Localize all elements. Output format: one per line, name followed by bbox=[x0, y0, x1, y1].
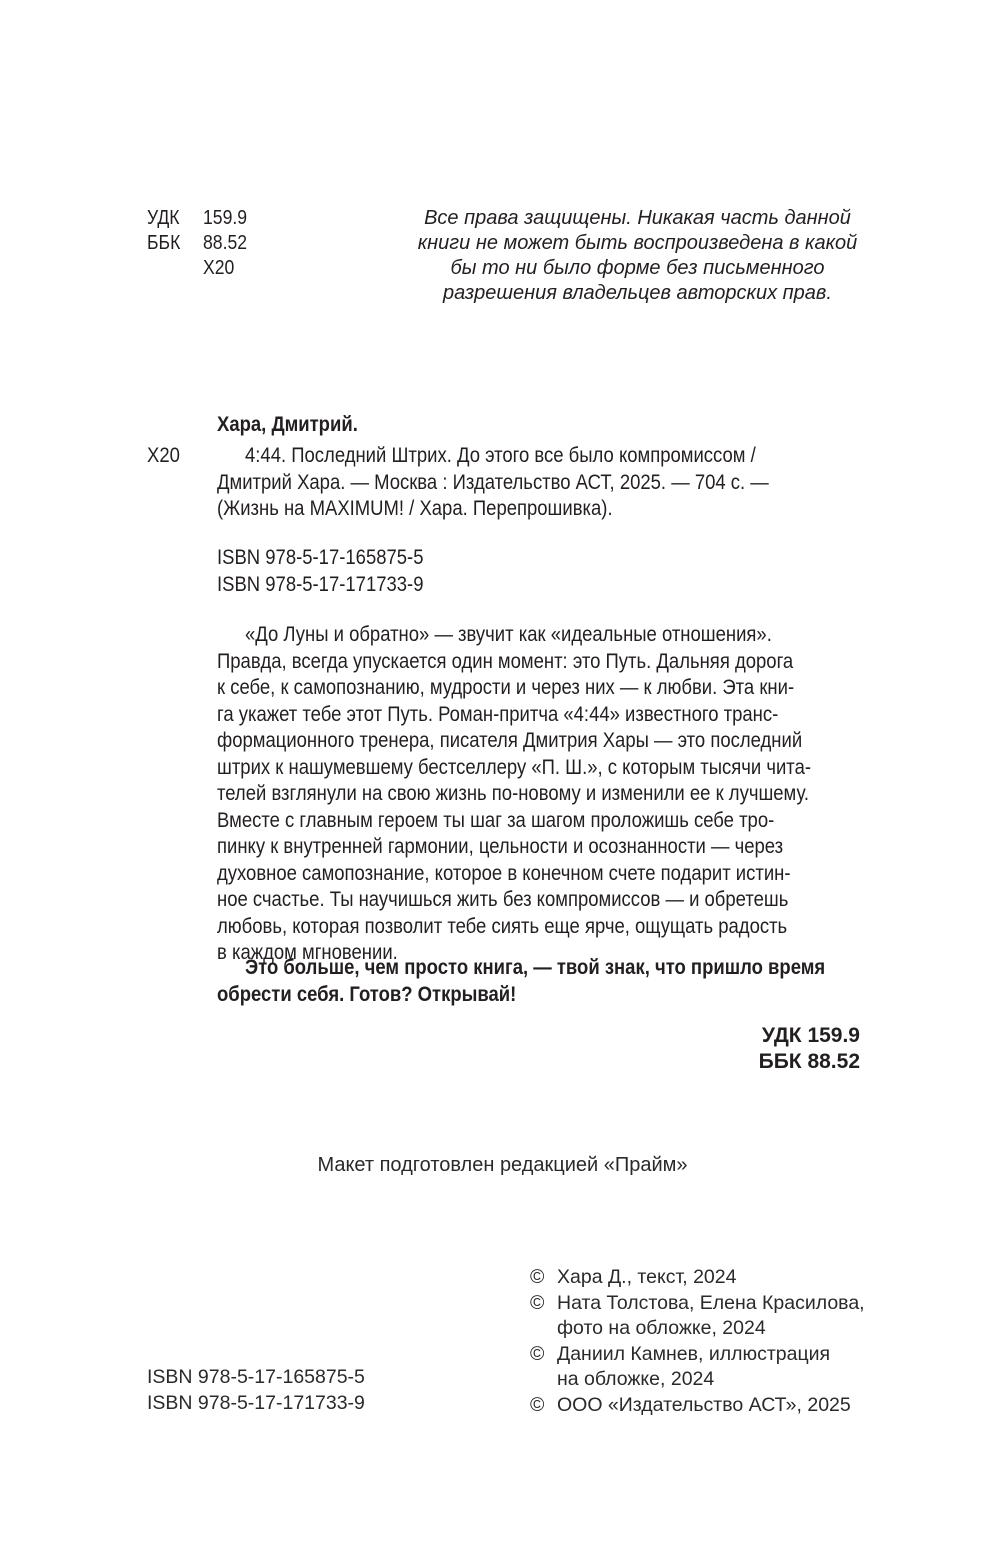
bbk-code: ББК 88.52 bbox=[600, 1049, 860, 1075]
abstract-line: пинку к внутренней гармонии, цельности и… bbox=[217, 834, 783, 861]
copyright-icon: © bbox=[530, 1393, 557, 1419]
udk-row: УДК 159.9 bbox=[147, 206, 253, 231]
abstract-line: «До Луны и обратно» — звучит как «идеаль… bbox=[245, 622, 772, 649]
abstract-line: любовь, которая позволит тебе сиять еще … bbox=[217, 914, 787, 941]
abstract-line: Правда, всегда упускается один момент: э… bbox=[217, 649, 793, 676]
bibliographic-description: 4:44. Последний Штрих. До этого все было… bbox=[217, 443, 862, 523]
isbn-line: ISBN 978-5-17-165875-5 bbox=[217, 545, 423, 572]
abstract-line: формационного тренера, писателя Дмитрия … bbox=[217, 728, 802, 755]
udk-code: УДК 159.9 bbox=[600, 1023, 860, 1049]
abstract-line: Вместе с главным героем ты шаг за шагом … bbox=[217, 808, 774, 835]
copyright-text: Даниил Камнев, иллюстрация bbox=[557, 1342, 830, 1368]
copyright-item: © Ната Толстова, Елена Красилова, фото н… bbox=[530, 1291, 865, 1342]
bib-line: Дмитрий Хара. — Москва : Издательство АС… bbox=[217, 470, 769, 497]
copyright-text: на обложке, 2024 bbox=[557, 1367, 830, 1393]
callout-line: обрести себя. Готов? Открывай! bbox=[217, 982, 516, 1009]
copyright-item: © Хара Д., текст, 2024 bbox=[530, 1265, 865, 1291]
isbn-list-bottom: ISBN 978-5-17-165875-5 ISBN 978-5-17-171… bbox=[147, 1365, 365, 1416]
classification-block: УДК 159.9 ББК 88.52 Х20 bbox=[147, 206, 253, 281]
author-mark-value: Х20 bbox=[203, 256, 234, 281]
isbn-line: ISBN 978-5-17-165875-5 bbox=[147, 1365, 365, 1391]
udk-label: УДК bbox=[147, 206, 196, 231]
copyright-icon: © bbox=[530, 1265, 557, 1291]
rights-line: разрешения владельцев авторских прав. bbox=[400, 281, 875, 306]
callout: Это больше, чем просто книга, — твой зна… bbox=[217, 955, 862, 1008]
bbk-label: ББК bbox=[147, 231, 196, 256]
copyright-item: © ООО «Издательство АСТ», 2025 bbox=[530, 1393, 865, 1419]
classification-codes-right: УДК 159.9 ББК 88.52 bbox=[600, 1023, 860, 1075]
copyright-text: Хара Д., текст, 2024 bbox=[557, 1265, 736, 1291]
isbn-line: ISBN 978-5-17-171733-9 bbox=[147, 1391, 365, 1417]
copyright-item: © Даниил Камнев, иллюстрация на обложке,… bbox=[530, 1342, 865, 1393]
author-mark-label bbox=[147, 256, 203, 281]
rights-notice: Все права защищены. Никакая часть данной… bbox=[400, 206, 875, 306]
abstract: «До Луны и обратно» — звучит как «идеаль… bbox=[217, 622, 862, 967]
author-mark-row: Х20 bbox=[147, 256, 253, 281]
copyright-text: Ната Толстова, Елена Красилова, bbox=[557, 1291, 865, 1317]
bib-line: (Жизнь на MAXIMUM! / Хара. Перепрошивка)… bbox=[217, 496, 613, 523]
copyright-text: ООО «Издательство АСТ», 2025 bbox=[557, 1393, 851, 1419]
abstract-line: ное счастье. Ты научишься жить без компр… bbox=[217, 887, 788, 914]
abstract-line: к себе, к самопознанию, мудрости и через… bbox=[217, 675, 794, 702]
abstract-line: штрих к нашумевшему бестселлеру «П. Ш.»,… bbox=[217, 755, 811, 782]
callout-line: Это больше, чем просто книга, — твой зна… bbox=[245, 955, 825, 982]
copyright-icon: © bbox=[530, 1342, 557, 1393]
copyright-icon: © bbox=[530, 1291, 557, 1342]
rights-line: Все права защищены. Никакая часть данной bbox=[400, 206, 875, 231]
copyright-list: © Хара Д., текст, 2024 © Ната Толстова, … bbox=[530, 1265, 865, 1418]
bbk-value: 88.52 bbox=[203, 231, 247, 256]
bbk-row: ББК 88.52 bbox=[147, 231, 253, 256]
layout-credit: Макет подготовлен редакцией «Прайм» bbox=[0, 1152, 1000, 1178]
card-isbn-list: ISBN 978-5-17-165875-5 ISBN 978-5-17-171… bbox=[217, 545, 452, 598]
udk-value: 159.9 bbox=[203, 206, 247, 231]
bib-line: 4:44. Последний Штрих. До этого все было… bbox=[245, 443, 756, 470]
rights-line: бы то ни было форме без письменного bbox=[400, 256, 875, 281]
rights-line: книги не может быть воспроизведена в как… bbox=[400, 231, 875, 256]
isbn-line: ISBN 978-5-17-171733-9 bbox=[217, 572, 423, 599]
abstract-line: духовное самопознание, которое в конечно… bbox=[217, 861, 791, 888]
abstract-line: га укажет тебе этот Путь. Роман-притча «… bbox=[217, 702, 778, 729]
author-heading: Хара, Дмитрий. bbox=[217, 412, 358, 438]
card-author-mark: Х20 bbox=[147, 443, 180, 469]
abstract-line: телей взглянули на свою жизнь по-новому … bbox=[217, 781, 809, 808]
copyright-text: фото на обложке, 2024 bbox=[557, 1316, 865, 1342]
